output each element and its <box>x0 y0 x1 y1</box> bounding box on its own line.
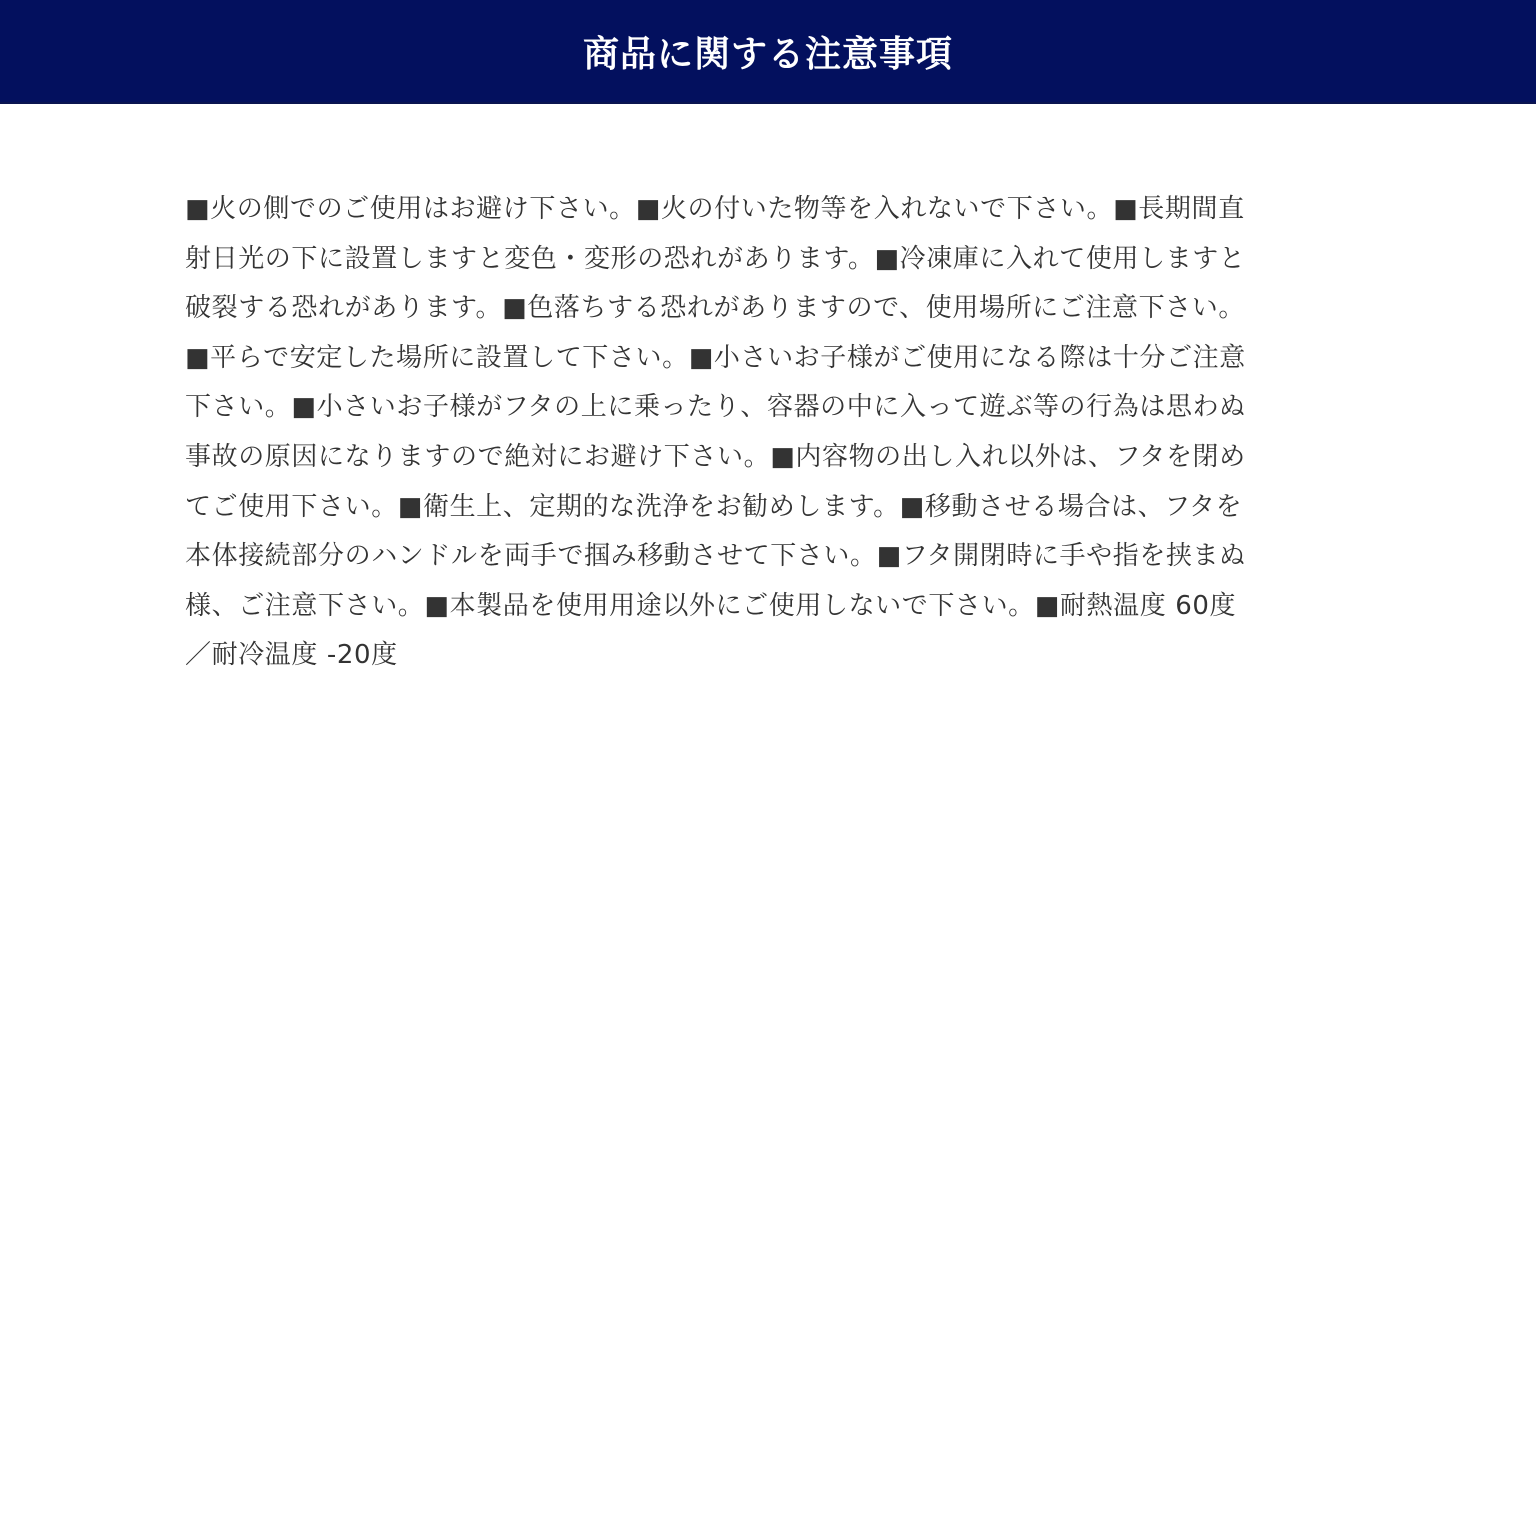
page-title: 商品に関する注意事項 <box>583 26 953 77</box>
caution-notice-text: ■火の側でのご使用はお避け下さい。■火の付いた物等を入れないで下さい。■長期間直… <box>185 185 1355 681</box>
notice-line: てご使用下さい。■衛生上、定期的な洗浄をお勧めします。■移動させる場合は、フタを <box>185 483 1355 533</box>
notice-line: 破裂する恐れがあります。■色落ちする恐れがありますので、使用場所にご注意下さい。 <box>185 284 1355 334</box>
notice-line: 下さい。■小さいお子様がフタの上に乗ったり、容器の中に入って遊ぶ等の行為は思わぬ <box>185 383 1355 433</box>
notice-line: ■平らで安定した場所に設置して下さい。■小さいお子様がご使用になる際は十分ご注意 <box>185 334 1355 384</box>
notice-line: 様、ご注意下さい。■本製品を使用用途以外にご使用しないで下さい。■耐熱温度 60… <box>185 582 1355 632</box>
notice-line: ■火の側でのご使用はお避け下さい。■火の付いた物等を入れないで下さい。■長期間直 <box>185 185 1355 235</box>
header-banner: 商品に関する注意事項 <box>0 0 1536 104</box>
notice-line: 事故の原因になりますので絶対にお避け下さい。■内容物の出し入れ以外は、フタを閉め <box>185 433 1355 483</box>
notice-line: 射日光の下に設置しますと変色・変形の恐れがあります。■冷凍庫に入れて使用しますと <box>185 235 1355 285</box>
notice-line: 本体接続部分のハンドルを両手で掴み移動させて下さい。■フタ開閉時に手や指を挟まぬ <box>185 532 1355 582</box>
notice-line: ／耐冷温度 -20度 <box>185 631 1355 681</box>
